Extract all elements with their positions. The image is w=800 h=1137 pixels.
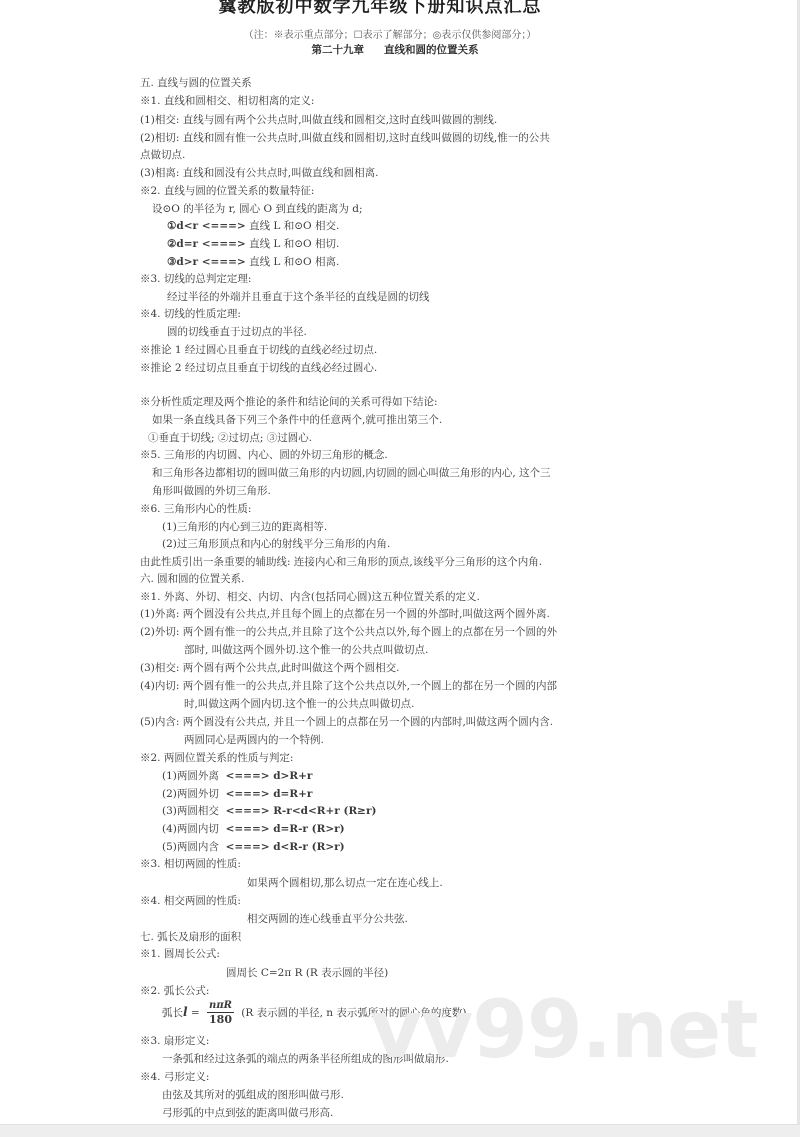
formula-prefix: 弧长 [162, 1007, 183, 1019]
rule-line: ①d<r <===> 直线 L 和⊙O 相交. [167, 219, 339, 233]
definition-key: (1)外离: [140, 608, 179, 620]
definition-line: (3)相交: 两个圆有两个公共点,此时叫做这个两个圆相交. [140, 661, 399, 675]
definition-text: 由弦及其所对的弧组成的图形叫做弓形. [162, 1088, 344, 1102]
item-label: ※4. 切线的性质定理: [140, 307, 241, 321]
equals-sign: = [188, 1007, 203, 1019]
item-label: ※4. 相交两圆的性质: [140, 894, 241, 908]
rule-text: 直线 L 和⊙O 相切. [249, 238, 339, 250]
analysis-conditions: ①垂直于切线; ②过切点; ③过圆心. [148, 431, 312, 445]
rule-text: 直线 L 和⊙O 相交. [249, 220, 339, 232]
theorem-text: 经过半径的外端并且垂直于这个条半径的直线是圆的切线 [167, 290, 430, 304]
rule-line: (4)两圆内切 <===> d=R-r (R>r) [162, 822, 345, 836]
rule-relation: <===> d<R-r (R>r) [226, 841, 345, 853]
item-label: ※3. 相切两圆的性质: [140, 857, 241, 871]
definition-line: 角形叫做圆的外切三角形. [152, 484, 271, 498]
definition-line: (3)相离: 直线和圆没有公共点时,叫做直线和圆相离. [140, 166, 378, 180]
theorem-text: 圆的切线垂直于过切点的半径. [167, 325, 307, 339]
chapter-number: 第二十九章 [312, 44, 365, 56]
corollary: ※推论 2 经过切点且垂直于切线的直线必经过圆心. [140, 361, 377, 375]
rule-line: (2)两圆外切 <===> d=R+r [162, 787, 312, 801]
rule-text: 直线 L 和⊙O 相离. [249, 256, 339, 268]
formula-circumference: 圆周长 C=2π R (R 表示圆的半径) [226, 966, 388, 980]
legend-note: （注：※表示重点部分；☐表示了解部分；◎表示仅供参阅部分；） [0, 26, 780, 41]
section-heading: 五. 直线与圆的位置关系 [140, 76, 252, 90]
watermark: vv99.net [370, 990, 757, 1070]
definition-line: (2)外切: 两个圆有惟一的公共点,并且除了这个公共点以外,每个圆上的点都在另一… [140, 625, 557, 639]
rule-condition: ②d=r <===> [167, 238, 246, 250]
definition-key: (2)外切: [140, 626, 179, 638]
property-text: 如果两个圆相切,那么切点一定在连心线上. [247, 876, 443, 890]
rule-name: (4)两圆内切 [162, 823, 219, 835]
rule-name: (3)两圆相交 [162, 805, 219, 817]
item-label: ※1. 直线和圆相交、相切相离的定义: [140, 94, 314, 108]
rule-relation: <===> d=R-r (R>r) [226, 823, 345, 835]
analysis-text: 如果一条直线具备下列三个条件中的任意两个,就可推出第三个. [152, 413, 442, 427]
rule-line: (5)两圆内含 <===> d<R-r (R>r) [162, 840, 345, 854]
fraction-denominator: 180 [207, 1013, 234, 1026]
definition-line: (1)外离: 两个圆没有公共点,并且每个圆上的点都在另一个圆的外部时,叫做这两个… [140, 607, 550, 621]
definition-text: 两个圆有惟一的公共点,并且除了这个公共点以外,每个圆上的点都在另一个圆的外 [183, 626, 557, 638]
aux-line-text: 由此性质引出一条重要的辅助线: 连接内心和三角形的顶点,该线平分三角形的这个内角… [140, 555, 542, 569]
item-label: ※3. 扇形定义: [140, 1034, 209, 1048]
rule-line: ②d=r <===> 直线 L 和⊙O 相切. [167, 237, 339, 251]
definition-text: 两个圆有惟一的公共点,并且除了这个公共点以外,一个圆上的都在另一个圆的内部 [183, 680, 557, 692]
item-label: ※1. 外离、外切、相交、内切、内含(包括同心圆)这五种位置关系的定义. [140, 590, 480, 604]
property-text: 相交两圆的连心线垂直平分公共弦. [247, 912, 408, 926]
definition-key: (4)内切: [140, 680, 179, 692]
definition-text: 弓形弧的中点到弦的距离叫做弓形高. [162, 1106, 333, 1120]
definition-line: (2)相切: 直线和圆有惟一公共点时,叫做直线和圆相切,这时直线叫做圆的切线,惟… [140, 131, 550, 145]
rule-line: ③d>r <===> 直线 L 和⊙O 相离. [167, 255, 339, 269]
definition-line: (5)内含: 两个圆没有公共点, 并且一个圆上的点都在另一个圆的内部时,叫做这两… [140, 715, 553, 729]
item-label: ※2. 两圆位置关系的性质与判定: [140, 751, 293, 765]
item-label: ※1. 圆周长公式: [140, 947, 220, 961]
property-line: (2)过三角形顶点和内心的射线平分三角形的内角. [162, 537, 390, 551]
rule-name: (1)两圆外离 [162, 770, 219, 782]
rule-name: (5)两圆内含 [162, 841, 219, 853]
rule-line: (3)两圆相交 <===> R-r<d<R+r (R≥r) [162, 804, 376, 818]
page-bottom-bar [0, 1124, 800, 1137]
definition-text: 两个圆没有公共点, 并且一个圆上的点都在另一个圆的内部时,叫做这两个圆内含. [183, 716, 553, 728]
definition-line: 和三角形各边都相切的圆叫做三角形的内切圆,内切圆的圆心叫做三角形的内心, 这个三 [152, 466, 551, 480]
corollary: ※推论 1 经过圆心且垂直于切线的直线必经过切点. [140, 343, 377, 357]
definition-line: 点做切点. [140, 148, 185, 162]
rule-relation: <===> d=R+r [226, 788, 313, 800]
rule-name: (2)两圆外切 [162, 788, 219, 800]
rule-condition: ③d>r <===> [167, 256, 246, 268]
item-label: ※3. 切线的总判定定理: [140, 272, 251, 286]
rule-relation: <===> d>R+r [226, 770, 313, 782]
definition-line: 部时, 叫做这两个圆外切.这个惟一的公共点叫做切点. [184, 643, 428, 657]
chapter-name: 直线和圆的位置关系 [384, 44, 479, 56]
rule-condition: ①d<r <===> [167, 220, 246, 232]
fraction: nπR180 [207, 1000, 234, 1026]
definition-key: (3)相交: [140, 662, 179, 674]
definition-text: 两个圆没有公共点,并且每个圆上的点都在另一个圆的外部时,叫做这两个圆外离. [183, 608, 550, 620]
item-label: ※4. 弓形定义: [140, 1070, 209, 1084]
section-heading: 六. 圆和圆的位置关系. [140, 572, 245, 586]
definition-line: 时,叫做这两个圆内切.这个惟一的公共点叫做切点. [184, 697, 415, 711]
definition-line: (1)相交: 直线与圆有两个公共点时,叫做直线和圆相交,这时直线叫做圆的割线. [140, 113, 497, 127]
property-line: (1)三角形的内心到三边的距离相等. [162, 520, 327, 534]
item-label: ※2. 弧长公式: [140, 984, 209, 998]
item-label: ※分析性质定理及两个推论的条件和结论间的关系可得如下结论: [140, 395, 438, 409]
fraction-numerator: nπR [207, 1000, 234, 1013]
item-label: ※6. 三角形内心的性质: [140, 502, 251, 516]
item-label: ※2. 直线与圆的位置关系的数量特征: [140, 184, 314, 198]
item-label: ※5. 三角形的内切圆、内心、圆的外切三角形的概念. [140, 448, 388, 462]
definition-line: 两圆同心是两圆内的一个特例. [184, 733, 324, 747]
definition-key: (5)内含: [140, 716, 179, 728]
rule-relation: <===> R-r<d<R+r (R≥r) [226, 805, 377, 817]
item-intro: 设⊙O 的半径为 r, 圆心 O 到直线的距离为 d; [152, 202, 363, 216]
definition-text: 两个圆有两个公共点,此时叫做这个两个圆相交. [183, 662, 400, 674]
document-title: 冀教版初中数学九年级下册知识点汇总 [0, 0, 760, 18]
chapter-heading: 第二十九章直线和圆的位置关系 [0, 42, 790, 57]
document-page: 冀教版初中数学九年级下册知识点汇总 （注：※表示重点部分；☐表示了解部分；◎表示… [0, 0, 800, 1124]
rule-line: (1)两圆外离 <===> d>R+r [162, 769, 312, 783]
definition-line: (4)内切: 两个圆有惟一的公共点,并且除了这个公共点以外,一个圆上的都在另一个… [140, 679, 557, 693]
section-heading: 七. 弧长及扇形的面积 [140, 930, 241, 944]
